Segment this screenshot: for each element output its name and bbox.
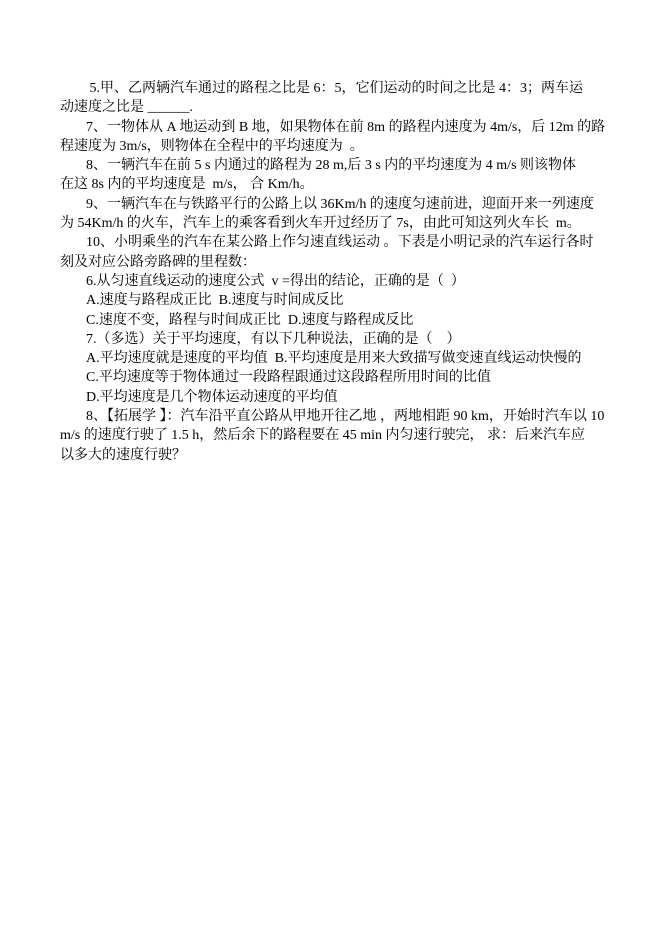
document-text-block: 5.甲、乙两辆汽车通过的路程之比是 6：5，它们运动的时间之比是 4：3；两车运…	[60, 79, 605, 465]
question-9-line-1: 9、一辆汽车在与铁路平行的公路上以 36Km/h 的速度匀速前进，迎面开来一列速…	[60, 195, 605, 214]
question-6-stem: 6.从匀速直线运动的速度公式 v =得出的结论，正确的是（ ）	[60, 272, 605, 291]
question-5-line-2: 动速度之比是 ______.	[60, 98, 605, 117]
question-6-options-ab: A.速度与路程成正比 B.速度与时间成反比	[60, 291, 605, 310]
question-7-line-2: 程速度为 3m/s，则物体在全程中的平均速度为 。	[60, 137, 605, 156]
question-7-multi-option-d: D.平均速度是几个物体运动速度的平均值	[60, 388, 605, 407]
question-8-extension-line-3: 以多大的速度行驶？	[60, 446, 605, 465]
question-8-extension-line-2: m/s 的速度行驶了 1.5 h，然后余下的路程要在 45 min 内匀速行驶完…	[60, 426, 605, 445]
question-10-line-1: 10、小明乘坐的汽车在某公路上作匀速直线运动 。下表是小明记录的汽车运行各时	[60, 233, 605, 252]
question-6-options-cd: C.速度不变，路程与时间成正比 D.速度与路程成反比	[60, 311, 605, 330]
question-7-line-1: 7、一物体从 A 地运动到 B 地，如果物体在前 8m 的路程内速度为 4m/s…	[60, 118, 605, 137]
question-5-line-1: 5.甲、乙两辆汽车通过的路程之比是 6：5，它们运动的时间之比是 4：3；两车运	[60, 79, 605, 98]
question-10-line-2: 刻及对应公路旁路碑的里程数：	[60, 253, 605, 272]
question-7-multi-options-ab: A.平均速度就是速度的平均值 B.平均速度是用来大致描写做变速直线运动快慢的	[60, 349, 605, 368]
question-7-multi-stem: 7.（多选）关于平均速度，有以下几种说法，正确的是（ ）	[60, 330, 605, 349]
question-8-line-1: 8、一辆汽车在前 5 s 内通过的路程为 28 m,后 3 s 内的平均速度为 …	[60, 156, 605, 175]
question-8-extension-line-1: 8、【拓展学 】：汽车沿平直公路从甲地开往乙地 ，两地相距 90 km，开始时汽…	[60, 407, 605, 426]
question-7-multi-option-c: C.平均速度等于物体通过一段路程跟通过这段路程所用时间的比值	[60, 368, 605, 387]
question-8-line-2: 在这 8s 内的平均速度是 m/s， 合 Km/h。	[60, 175, 605, 194]
document-page: 5.甲、乙两辆汽车通过的路程之比是 6：5，它们运动的时间之比是 4：3；两车运…	[0, 0, 661, 935]
question-9-line-2: 为 54Km/h 的火车，汽车上的乘客看到火车开过经历了 7s，由此可知这列火车…	[60, 214, 605, 233]
